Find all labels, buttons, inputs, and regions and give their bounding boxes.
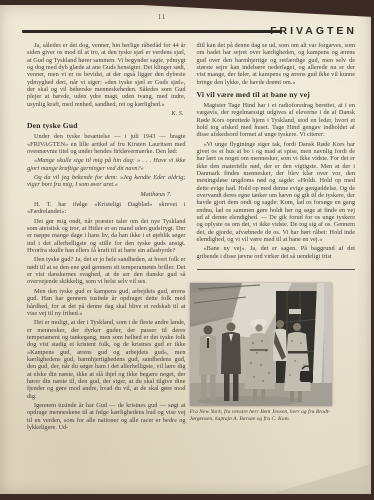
photo-figure: Fra New York; fra venstre herr Bent Jens…	[190, 283, 332, 423]
masthead-rule	[22, 30, 282, 33]
paragraph-detgor: Det gør mig ondt, når præster taler om d…	[27, 218, 186, 255]
paragraph-under-besaettelse: Under den tyske besættelse — i juli 1943…	[27, 133, 186, 155]
scanned-magazine-spread: { "page": { "number": "11", "masthead": …	[0, 0, 374, 500]
paragraph-intro: Ja, således er det dog, venner, hin herl…	[27, 42, 186, 108]
paragraph-bane: «Bane ny vej». Ja, det er sagen. På bagg…	[197, 245, 356, 260]
photo-caption: Fra New York; fra venstre herr Bent Jens…	[190, 409, 332, 423]
right-column: dtil kan det på denne dag se ud, som om …	[197, 42, 356, 433]
left-column: Ja, således er det dog, venner, hin herl…	[27, 42, 186, 433]
scripture-source: Matthæus 7.	[27, 191, 172, 198]
paragraph-viunge: «Vi unge flygtninge siger tak, fordi Dan…	[197, 141, 356, 244]
masthead-title: FRIVAGTEN	[270, 25, 357, 37]
scripture-quote-2: Og da vil jeg bekende for dem: »Jeg kend…	[27, 174, 186, 189]
paragraph-deter: Det er muligt, at der i Tyskland, som i …	[27, 319, 186, 400]
section-heading-den-tyske-gud: Den tyske Gud	[27, 122, 186, 129]
section-heading-bane-ny-vej: Vi vil være med til at bane ny vej	[197, 91, 356, 98]
author-initials: K. S.	[27, 110, 184, 117]
paragraph-men: Men den tyske gud er kampens gud, arbejd…	[27, 288, 186, 317]
paragraph-magister: Magister Tage Hind har i et radioforedra…	[197, 102, 356, 139]
group-photo	[190, 283, 332, 406]
column-divider-rule	[197, 269, 356, 270]
magazine-page: 11 FRIVAGTEN Ja, således er det dog, ven…	[0, 5, 371, 494]
two-column-body: Ja, således er det dog, venner, hin herl…	[27, 42, 355, 433]
paragraph-igennem: Igennem tusinde år har Gud — de kristnes…	[27, 402, 186, 431]
paragraph-continuation: dtil kan det på denne dag se ud, som om …	[197, 42, 356, 86]
paragraph-dentyskegud: Den tyske gud? Ja, det er jo hele sandhe…	[27, 256, 186, 285]
scripture-quote-1: «Mange skulle sige til mig på hin dag: »…	[27, 157, 186, 172]
page-number: 11	[148, 13, 176, 21]
paragraph-ht: H. T. har ifølge «Kristeligt Dagblad» sk…	[27, 201, 186, 216]
